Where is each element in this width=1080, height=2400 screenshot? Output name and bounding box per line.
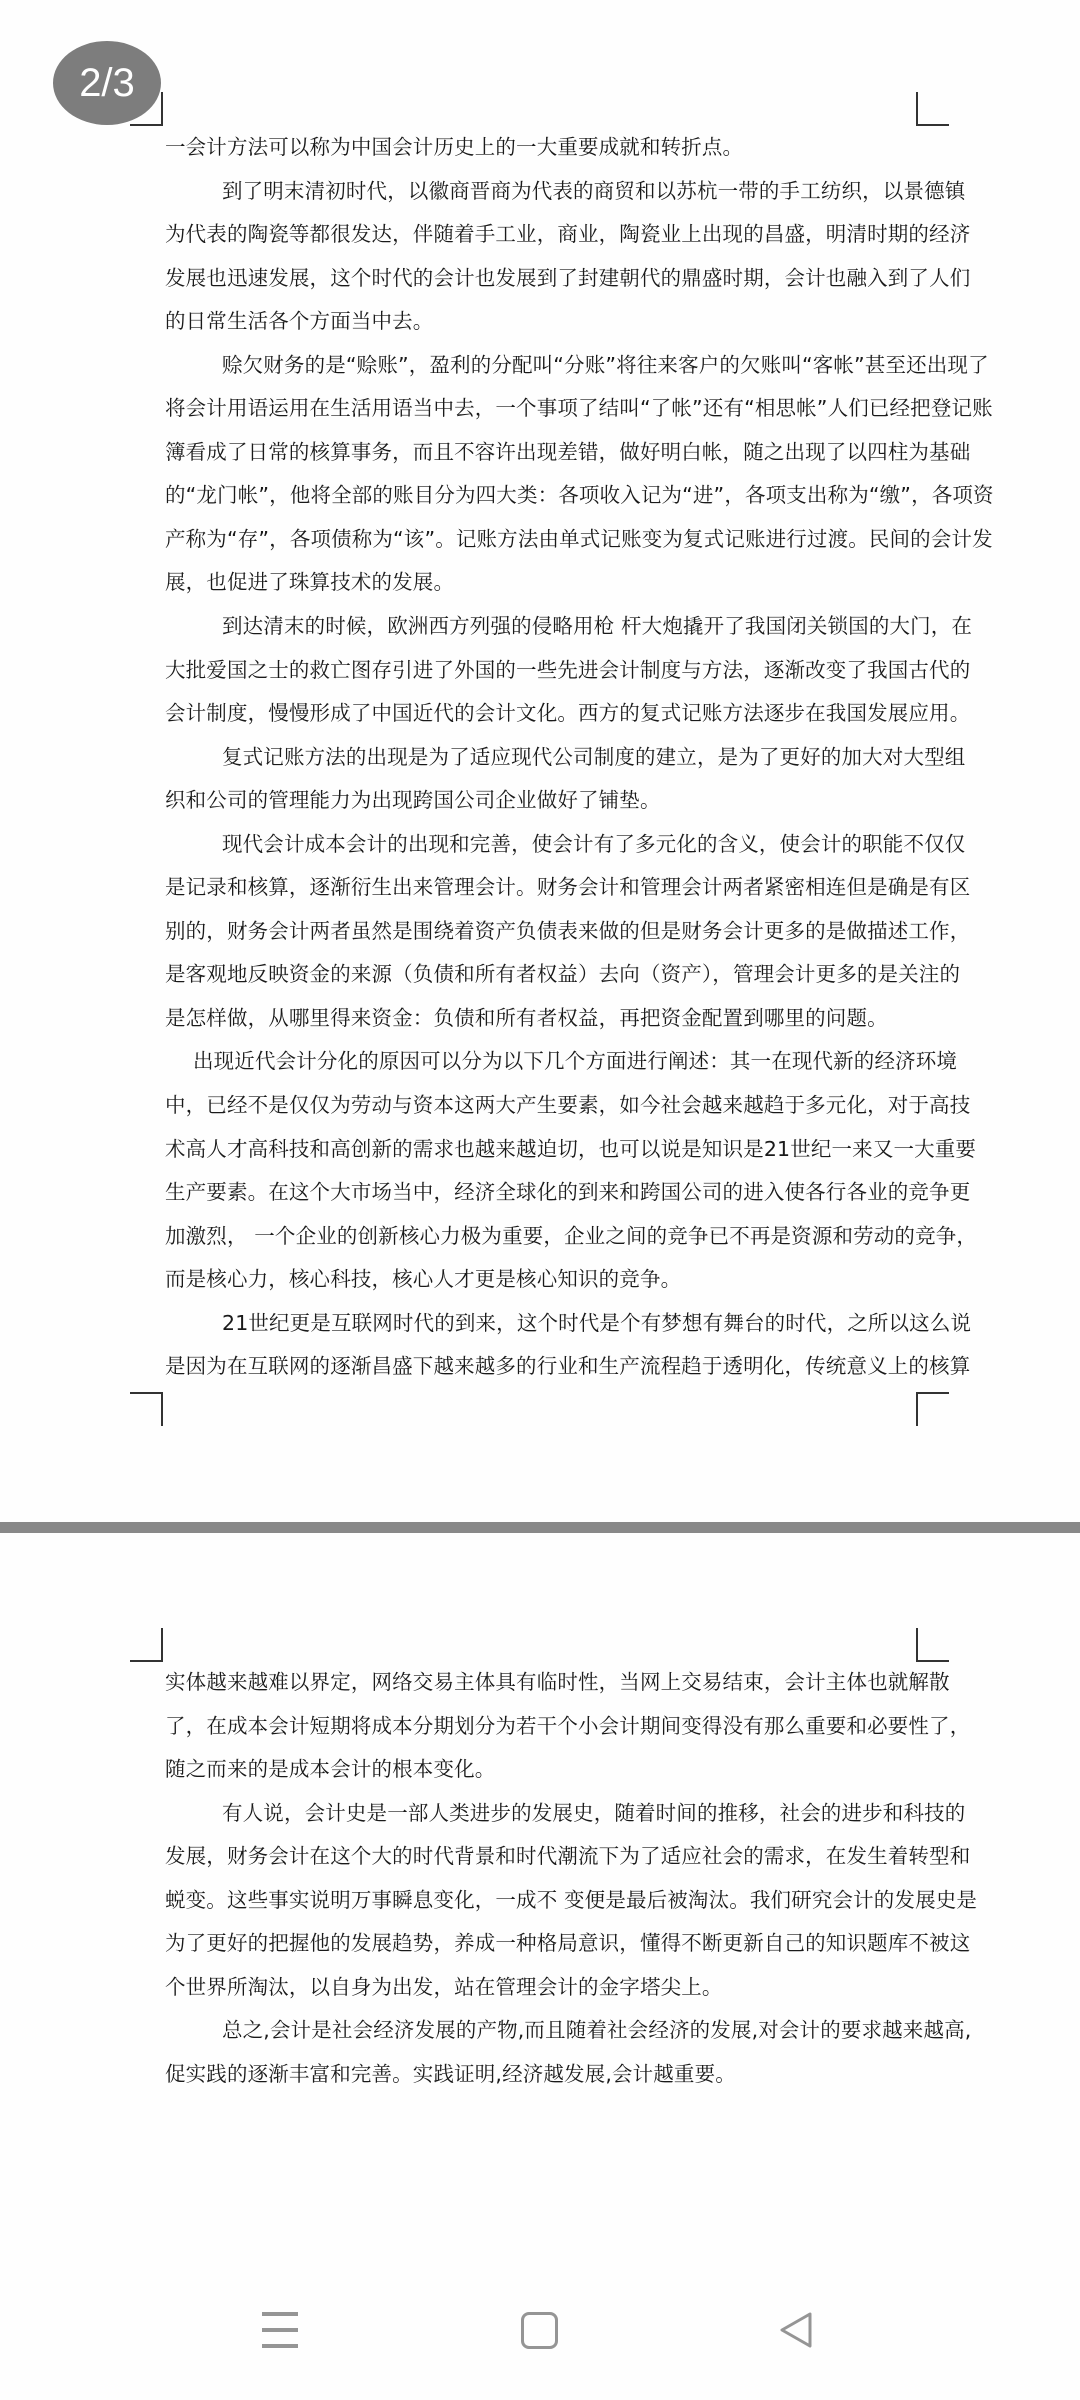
recent-apps-button[interactable] [220,2260,340,2400]
text-line: 会计制度，慢慢形成了中国近代的会计文化。西方的复式记账方法逐步在我国发展应用。 [165,692,920,736]
text-line: 现代会计成本会计的出现和完善，使会计有了多元化的含义，使会计的职能不仅仅 [165,823,920,867]
text-line: 发展，财务会计在这个大的时代背景和时代潮流下为了适应社会的需求，在发生着转型和 [165,1835,920,1879]
text-line: 别的，财务会计两者虽然是围绕着资产负债表来做的但是财务会计更多的是做描述工作， [165,910,920,954]
text-line: 生产要素。在这个大市场当中，经济全球化的到来和跨国公司的进入使各行各业的竞争更 [165,1171,920,1215]
text-line: 个世界所淘汰，以自身为出发，站在管理会计的金字塔尖上。 [165,1966,920,2010]
text-line: 促实践的逐渐丰富和完善。实践证明,经济越发展,会计越重要。 [165,2053,920,2097]
text-line: 到了明末清初时代，以徽商晋商为代表的商贸和以苏杭一带的手工纺织，以景德镇 [165,170,920,214]
page-corner-mark-bottom-left [130,1392,163,1426]
text-line: 为了更好的把握他的发展趋势，养成一种格局意识，懂得不断更新自己的知识题库不被这 [165,1922,920,1966]
text-line: 出现近代会计分化的原因可以分为以下几个方面进行阐述：其一在现代新的经济环境 [165,1040,920,1084]
text-line: 簿看成了日常的核算事务，而且不容许出现差错，做好明白帐，随之出现了以四柱为基础 [165,431,920,475]
text-line: 产称为“存”，各项债称为“该”。记账方法由单式记账变为复式记账进行过渡。民间的会… [165,518,920,562]
home-icon [521,2312,558,2349]
page-2-body-text: 一会计方法可以称为中国会计历史上的一大重要成就和转折点。 到了明末清初时代，以徽… [165,126,920,1389]
text-line: 实体越来越难以界定，网络交易主体具有临时性，当网上交易结束，会计主体也就解散 [165,1661,920,1705]
text-line: 术高人才高科技和高创新的需求也越来越迫切，也可以说是知识是21世纪一来又一大重要 [165,1128,920,1172]
system-navigation-bar [0,2260,1080,2400]
page-indicator-label: 2/3 [79,61,135,106]
text-line: 中，已经不是仅仅为劳动与资本这两大产生要素，如今社会越来越趋于多元化，对于高技 [165,1084,920,1128]
text-line: 21世纪更是互联网时代的到来，这个时代是个有梦想有舞台的时代，之所以这么说 [165,1302,920,1346]
page-corner-mark-bottom-right [916,1392,949,1426]
page-corner-mark-top-right [916,92,949,126]
text-line: 的“龙门帐”，他将全部的账目分为四大类：各项收入记为“进”，各项支出称为“缴”，… [165,474,920,518]
text-line: 加激烈， 一个企业的创新核心力极为重要，企业之间的竞争已不再是资源和劳动的竞争， [165,1215,920,1259]
text-line: 的日常生活各个方面当中去。 [165,300,920,344]
home-button[interactable] [479,2260,599,2400]
text-line: 到达清末的时候，欧洲西方列强的侵略用枪 杆大炮撬开了我国闭关锁国的大门，在 [165,605,920,649]
text-line: 是客观地反映资金的来源（负债和所有者权益）去向（资产），管理会计更多的是关注的 [165,953,920,997]
text-line: 了，在成本会计短期将成本分期划分为若干个小会计期间变得没有那么重要和必要性了， [165,1705,920,1749]
text-line: 蜕变。这些事实说明万事瞬息变化，一成不 变便是最后被淘汰。我们研究会计的发展史是 [165,1879,920,1923]
text-line: 将会计用语运用在生活用语当中去，一个事项了结叫“了帐”还有“相思帐”人们已经把登… [165,387,920,431]
text-line: 总之,会计是社会经济发展的产物,而且随着社会经济的发展,对会计的要求越来越高, [165,2009,920,2053]
text-line: 随之而来的是成本会计的根本变化。 [165,1748,920,1792]
page-3-body-text: 实体越来越难以界定，网络交易主体具有临时性，当网上交易结束，会计主体也就解散 了… [165,1661,920,2096]
back-icon [778,2311,814,2349]
text-line: 而是核心力，核心科技，核心人才更是核心知识的竞争。 [165,1258,920,1302]
text-line: 是因为在互联网的逐渐昌盛下越来越多的行业和生产流程趋于透明化，传统意义上的核算 [165,1345,920,1389]
text-line: 赊欠财务的是“赊账”，盈利的分配叫“分账”将往来客户的欠账叫“客帐”甚至还出现了 [165,344,920,388]
text-line: 发展也迅速发展，这个时代的会计也发展到了封建朝代的鼎盛时期，会计也融入到了人们 [165,257,920,301]
page-corner-mark-top-left [130,1628,163,1662]
text-line: 是怎样做，从哪里得来资金：负债和所有者权益，再把资金配置到哪里的问题。 [165,997,920,1041]
page-separator [0,1522,1080,1533]
text-line: 是记录和核算，逐渐衍生出来管理会计。财务会计和管理会计两者紧密相连但是确是有区 [165,866,920,910]
text-line: 为代表的陶瓷等都很发达，伴随着手工业，商业，陶瓷业上出现的昌盛，明清时期的经济 [165,213,920,257]
text-line: 展，也促进了珠算技术的发展。 [165,561,920,605]
recent-apps-icon [262,2312,298,2348]
text-line: 有人说，会计史是一部人类进步的发展史，随着时间的推移，社会的进步和科技的 [165,1792,920,1836]
page-indicator-badge: 2/3 [53,41,161,125]
document-page-2[interactable]: 一会计方法可以称为中国会计历史上的一大重要成就和转折点。 到了明末清初时代，以徽… [0,0,1080,1522]
page-corner-mark-top-right [916,1628,949,1662]
back-button[interactable] [736,2260,856,2400]
text-line: 一会计方法可以称为中国会计历史上的一大重要成就和转折点。 [165,126,920,170]
text-line: 复式记账方法的出现是为了适应现代公司制度的建立，是为了更好的加大对大型组 [165,736,920,780]
text-line: 织和公司的管理能力为出现跨国公司企业做好了铺垫。 [165,779,920,823]
text-line: 大批爱国之士的救亡图存引进了外国的一些先进会计制度与方法，逐渐改变了我国古代的 [165,649,920,693]
